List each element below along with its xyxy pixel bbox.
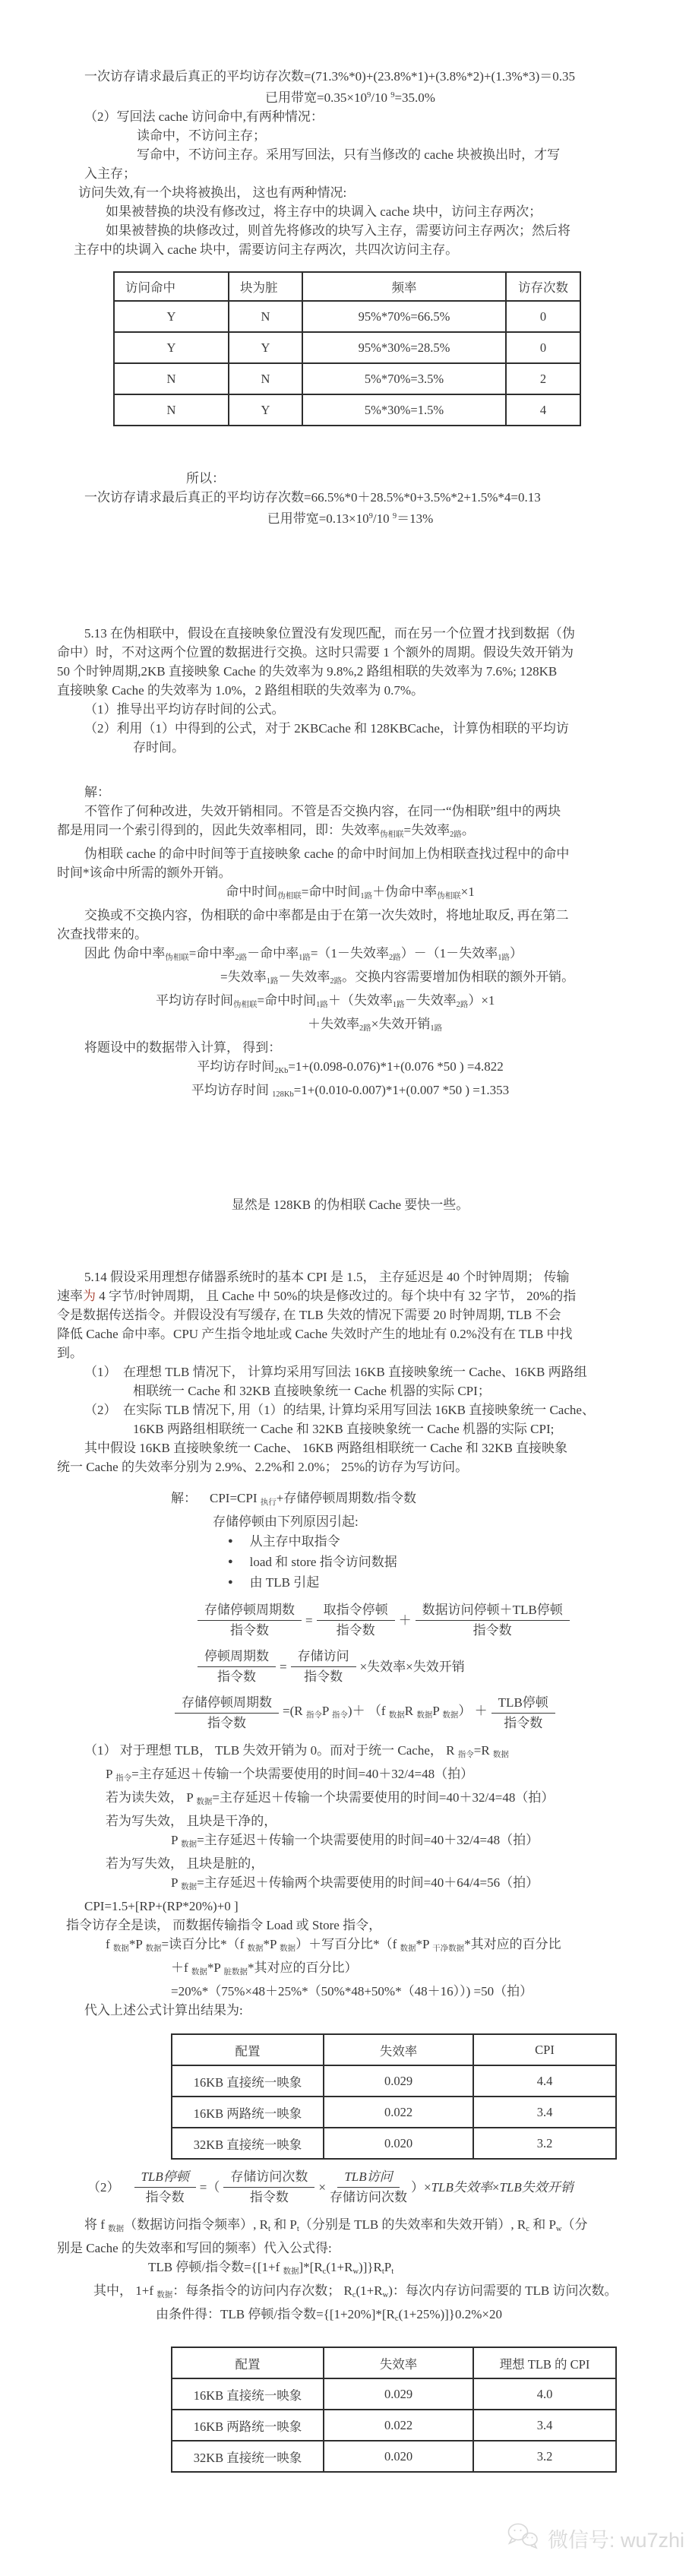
table-cell: 16KB 两路统一映象	[172, 2097, 324, 2128]
tlb-config-cpi-table: 配置 失效率 理想 TLB 的 CPI 16KB 直接统一映象 0.029 4.…	[171, 2347, 617, 2473]
cache-config-cpi-table: 配置 失效率 CPI 16KB 直接统一映象 0.029 4.4 16KB 两路…	[171, 2033, 617, 2160]
hit-dirty-frequency-table: 访问命中 块为脏 频率 访存次数 Y N 95%*70%=66.5% 0 Y Y…	[113, 271, 581, 426]
numerator: TLB访问	[337, 2169, 399, 2188]
numerator: 取指令停顿	[317, 1602, 395, 1621]
fraction: 存储停顿周期数 指令数	[175, 1695, 279, 1732]
numerator: 存储停顿周期数	[198, 1602, 302, 1621]
denominator: 指令数	[146, 2188, 185, 2206]
text-line: 写命中，不访问主存。采用写回法，只有当修改的 cache 块被换出时，才写	[57, 145, 643, 164]
formula-line: 由条件得：TLB 停顿/指令数={[1+20%]*[Rc(1+25%)]}0.2…	[57, 2305, 643, 2328]
table-cell: 95%*70%=66.5%	[302, 301, 506, 332]
solution-label: 解：	[57, 783, 643, 802]
denominator: 存储访问次数	[330, 2188, 407, 2206]
table-cell: 32KB 直接统一映象	[172, 2128, 324, 2159]
column-header: 配置	[172, 2347, 324, 2378]
table-cell: 0.029	[324, 2065, 473, 2097]
formula-tlb-stall: （2） TLB停顿 指令数 =（ 存储访问次数 指令数 × TLB访问 存储访问…	[57, 2169, 643, 2206]
denominator: 指令数	[250, 2188, 289, 2206]
formula-line: P 数据=主存延迟＋传输两个块需要使用的时间=40＋64/4=56（拍）	[57, 1873, 643, 1897]
problem-514-line: 令是数据传送指令。并假设没有写缓存, 在 TLB 失效的情况下需要 20 时钟周…	[57, 1305, 643, 1324]
table-cell: 0	[506, 332, 580, 363]
operator: ＋	[399, 1612, 412, 1629]
text-line: 次查找带来的。	[57, 925, 643, 944]
table-row: N N 5%*70%=3.5% 2	[114, 363, 580, 394]
table-header-row: 配置 失效率 CPI	[172, 2034, 616, 2065]
fraction: 存储访问次数 指令数	[223, 2169, 314, 2206]
denominator: 指令数	[304, 1667, 343, 1685]
formula-line: CPI=1.5+[RP+(RP*20%)+0 ]	[57, 1897, 643, 1916]
formula-line: 其中， 1+f 数据：每条指令的访问内存次数； Rc(1+Rw)：每次内存访问需…	[57, 2281, 643, 2305]
table-cell: 0	[506, 301, 580, 332]
fraction: 停顿周期数 指令数	[198, 1648, 276, 1685]
numerator: 停顿周期数	[198, 1648, 276, 1667]
text-line: 所以：	[57, 469, 643, 488]
question-line: 存时间。	[57, 738, 643, 757]
table-cell: 0.020	[324, 2441, 473, 2472]
formula-line: ＋失效率2路×失效开销1路	[57, 1014, 643, 1038]
table-cell: 3.2	[473, 2128, 616, 2159]
text-line: 读命中，不访问主存；	[57, 126, 643, 145]
denominator: 指令数	[504, 1714, 542, 1732]
formula-term: TLB失效开销	[499, 2179, 573, 2196]
wechat-icon	[505, 2521, 540, 2555]
table-cell: 0.020	[324, 2128, 473, 2159]
page-content: 一次访存请求最后真正的平均访存次数=(71.3%*0)+(23.8%*1)+(3…	[0, 0, 689, 2473]
text-line: 伪相联 cache 的命中时间等于直接映象 cache 的命中时间加上伪相联查找…	[57, 844, 643, 863]
bullet-text: load 和 store 指令访问数据	[250, 1552, 397, 1572]
table-cell: Y	[114, 332, 229, 363]
question-line: （1） 在理想 TLB 情况下， 计算均采用写回法 16KB 直接映象统一 Ca…	[57, 1362, 643, 1381]
numerator: 存储访问	[291, 1648, 356, 1667]
table-cell: 5%*30%=1.5%	[302, 394, 506, 426]
problem-514-line: 速率为 4 字节/时钟周期， 且 Cache 中 50%的块是修改过的。每个块中…	[57, 1286, 643, 1305]
formula-line: 已用带宽=0.35×109/10 9=35.0%	[57, 86, 643, 107]
column-header: 频率	[302, 272, 506, 301]
table-row: 32KB 直接统一映象 0.020 3.2	[172, 2128, 616, 2159]
numerator: 数据访问停顿＋TLB停顿	[416, 1602, 570, 1621]
column-header: 块为脏	[229, 272, 302, 301]
table-cell: N	[229, 301, 302, 332]
table-header-row: 访问命中 块为脏 频率 访存次数	[114, 272, 580, 301]
table-row: 16KB 直接统一映象 0.029 4.0	[172, 2378, 616, 2410]
text-line: 不管作了何种改进，失效开销相同。不管是否交换内容，在同一“伪相联”组中的两块	[57, 802, 643, 821]
question-line: （2）利用（1）中得到的公式，对于 2KBCache 和 128KBCache，…	[57, 719, 643, 738]
column-header: CPI	[473, 2034, 616, 2065]
table-cell: 32KB 直接统一映象	[172, 2441, 324, 2472]
formula-memory-stall-expanded: 存储停顿周期数 指令数 =(R 指令P 指令)＋ （f 数据R 数据P 数据） …	[57, 1695, 643, 1732]
formula-middle: =(R 指令P 指令)＋ （f 数据R 数据P 数据） ＋	[283, 1703, 488, 1724]
text-line: 主存中的块调入 cache 块中，需要访问主存两次，共四次访问主存。	[57, 240, 643, 259]
problem-513-line: 50 个时钟周期,2KB 直接映象 Cache 的失效率为 9.8%,2 路组相…	[57, 662, 643, 681]
fraction: TLB访问 存储访问次数	[330, 2169, 407, 2206]
text-line: （2）写回法 cache 访问命中,有两种情况：	[57, 107, 643, 126]
bullet-text: 从主存中取指令	[250, 1531, 340, 1552]
text-line: 如果被替换的块没有修改过，将主存中的块调入 cache 块中，访问主存两次；	[57, 202, 643, 221]
problem-514-line: 降低 Cache 命中率。CPU 产生指令地址或 Cache 失效时产生的地址有…	[57, 1324, 643, 1343]
table-row: N Y 5%*30%=1.5% 4	[114, 394, 580, 426]
formula-line: TLB 停顿/指令数={[1+f 数据]*[Rc(1+Rw)]}RtPt	[57, 2258, 643, 2281]
table-row: 16KB 直接统一映象 0.029 4.4	[172, 2065, 616, 2097]
table-cell: 16KB 直接统一映象	[172, 2065, 324, 2097]
text-line: 交换或不交换内容，伪相联的命中率都是由于在第一次失效时，将地址取反, 再在第二	[57, 906, 643, 925]
text-line: 入主存；	[57, 164, 643, 183]
formula-stall-cycles: 停顿周期数 指令数 = 存储访问 指令数 ×失效率×失效开销	[57, 1648, 643, 1685]
text-line: 若为写失效， 且块是干净的，	[57, 1812, 643, 1831]
column-header: 访存次数	[506, 272, 580, 301]
question-line: （2） 在实际 TLB 情况下, 用（1）的结果, 计算均采用写回法 16KB …	[57, 1400, 643, 1419]
question-line: 16KB 两路组相联统一 Cache 和 32KB 直接映象统一 Cache 机…	[57, 1419, 643, 1438]
formula-line: （1） 对于理想 TLB， TLB 失效开销为 0。而对于统一 Cache， R…	[57, 1741, 643, 1764]
table-row: 16KB 两路统一映象 0.022 3.4	[172, 2097, 616, 2128]
table-cell: 95%*30%=28.5%	[302, 332, 506, 363]
table-cell: 4.4	[473, 2065, 616, 2097]
table-cell: Y	[229, 394, 302, 426]
formula-memory-stall-cycles: 存储停顿周期数 指令数 = 取指令停顿 指令数 ＋ 数据访问停顿＋TLB停顿 指…	[57, 1602, 643, 1639]
text-line: 将题设中的数据带入计算， 得到：	[57, 1038, 643, 1057]
table-cell: 3.4	[473, 2410, 616, 2441]
table-cell: 0.022	[324, 2097, 473, 2128]
table-row: Y N 95%*70%=66.5% 0	[114, 301, 580, 332]
numerator: 存储停顿周期数	[175, 1695, 279, 1714]
formula-tail: ×失效率×失效开销	[360, 1659, 465, 1676]
formula-line: 命中时间伪相联=命中时间1路＋伪命中率伪相联×1	[57, 882, 643, 906]
table-cell: 3.4	[473, 2097, 616, 2128]
bullet-icon: ●	[228, 1552, 233, 1572]
formula-line: P 指令=主存延迟＋传输一个块需要使用的时间=40＋32/4=48（拍）	[57, 1764, 643, 1788]
problem-514-line: 5.14 假设采用理想存储器系统时的基本 CPI 是 1.5， 主存延迟是 40…	[57, 1267, 643, 1286]
operator: ×	[318, 2179, 326, 2196]
column-header: 访问命中	[114, 272, 229, 301]
text-line: 时间*该命中所需的额外开销。	[57, 863, 643, 882]
table-row: Y Y 95%*30%=28.5% 0	[114, 332, 580, 363]
numerator: TLB停顿	[491, 1695, 555, 1714]
watermark-text: 微信号: wu7zhi	[548, 2524, 684, 2553]
table-cell: 0.029	[324, 2378, 473, 2410]
problem-513-line: 5.13 在伪相联中，假设在直接映象位置没有发现匹配，而在另一个位置才找到数据（…	[57, 624, 643, 643]
numerator: TLB停顿	[134, 2169, 196, 2188]
fraction: 存储访问 指令数	[291, 1648, 356, 1685]
question-line: （1）推导出平均访存时间的公式。	[57, 700, 643, 719]
formula-line: =20%*（75%×48＋25%*（50%*48+50%*（48＋16））) =…	[57, 1982, 643, 2001]
bullet-item: ● 由 TLB 引起	[57, 1572, 643, 1593]
formula-line: P 数据=主存延迟＋传输一个块需要使用的时间=40＋32/4=48（拍）	[57, 1831, 643, 1854]
formula-line: 平均访存时间 128Kb=1+(0.010-0.007)*1+(0.007 *5…	[57, 1081, 643, 1104]
table-cell: Y	[114, 301, 229, 332]
operator: =	[280, 1659, 287, 1676]
formula-line: 因此 伪命中率伪相联=命中率2路－命中率1路=（1－失效率2路）－（1－失效率1…	[57, 944, 643, 967]
numerator: 存储访问次数	[223, 2169, 314, 2188]
bullet-icon: ●	[228, 1572, 233, 1593]
formula-line: f 数据*P 数据=读百分比*（f 数据*P 数据）＋写百分比*（f 数据*P …	[57, 1935, 643, 1958]
document-page: 一次访存请求最后真正的平均访存次数=(71.3%*0)+(23.8%*1)+(3…	[0, 0, 689, 2576]
fraction: 存储停顿周期数 指令数	[198, 1602, 302, 1639]
table-row: 16KB 两路统一映象 0.022 3.4	[172, 2410, 616, 2441]
fraction: TLB停顿 指令数	[134, 2169, 196, 2206]
table-cell: 2	[506, 363, 580, 394]
column-header: 配置	[172, 2034, 324, 2065]
table-row: 32KB 直接统一映象 0.020 3.2	[172, 2441, 616, 2472]
table-cell: 4	[506, 394, 580, 426]
table-header-row: 配置 失效率 理想 TLB 的 CPI	[172, 2347, 616, 2378]
conclusion-line: 显然是 128KB 的伪相联 Cache 要快一些。	[57, 1195, 643, 1214]
text-line: 存储停顿由下列原因引起:	[57, 1512, 643, 1531]
problem-513-line: 命中）时，不对这两个位置的数据进行交换。这时只需要 1 个额外的周期。假设失效开…	[57, 643, 643, 662]
text-line: 一次访存请求最后真正的平均访存次数=(71.3%*0)+(23.8%*1)+(3…	[57, 67, 643, 86]
column-header: 失效率	[324, 2034, 473, 2065]
problem-513-line: 直接映象 Cache 的失效率为 1.0%，2 路组相联的失效率为 0.7%。	[57, 681, 643, 700]
text-line: 别是 Cache 的失效率和写回的频率）代入公式得:	[57, 2239, 643, 2258]
table-cell: 0.022	[324, 2410, 473, 2441]
column-header: 理想 TLB 的 CPI	[473, 2347, 616, 2378]
formula-line: 一次访存请求最后真正的平均访存次数=66.5%*0＋28.5%*0+3.5%*2…	[57, 488, 643, 507]
operator: ）×	[411, 2179, 431, 2196]
formula-line: 平均访存时间2Kb=1+(0.098-0.076)*1+(0.076 *50 )…	[57, 1057, 643, 1081]
denominator: 指令数	[230, 1621, 269, 1639]
fraction: 取指令停顿 指令数	[317, 1602, 395, 1639]
problem-514-line: 到。	[57, 1343, 643, 1362]
denominator: 指令数	[207, 1714, 246, 1732]
table-cell: 16KB 两路统一映象	[172, 2410, 324, 2441]
bullet-item: ● 从主存中取指令	[57, 1531, 643, 1552]
formula-term: TLB失效率	[431, 2179, 492, 2196]
denominator: 指令数	[473, 1621, 512, 1639]
denominator: 指令数	[337, 1621, 375, 1639]
table-cell: 3.2	[473, 2441, 616, 2472]
assumption-line: 其中假设 16KB 直接映象统一 Cache、 16KB 两路组相联统一 Cac…	[57, 1438, 643, 1457]
column-header: 失效率	[324, 2347, 473, 2378]
formula-line: 都是用同一个索引得到的，因此失效率相同，即：失效率伪相联=失效率2路。	[57, 821, 643, 844]
formula-line: 已用带宽=0.13×109/10 9＝13%	[57, 507, 643, 528]
watermark: 微信号: wu7zhi	[505, 2521, 684, 2555]
table-cell: N	[114, 394, 229, 426]
fraction: TLB停顿 指令数	[491, 1695, 555, 1732]
table-cell: 5%*70%=3.5%	[302, 363, 506, 394]
bullet-text: 由 TLB 引起	[250, 1572, 320, 1593]
fraction: 数据访问停顿＋TLB停顿 指令数	[416, 1602, 570, 1639]
text-line: 访问失效,有一个块将被换出， 这也有两种情况:	[57, 183, 643, 202]
operator: =（	[200, 2179, 220, 2196]
text-line: 代入上述公式计算出结果为:	[57, 2001, 643, 2020]
text-line: 将 f 数据（数据访问指令频率）, Rt 和 Pt（分别是 TLB 的失效率和失…	[57, 2215, 643, 2239]
table-cell: N	[229, 363, 302, 394]
operator: =	[305, 1612, 313, 1629]
table-cell: 16KB 直接统一映象	[172, 2378, 324, 2410]
formula-line: 若为读失效， P 数据=主存延迟＋传输一个块需要使用的时间=40＋32/4=48…	[57, 1788, 643, 1812]
bullet-icon: ●	[228, 1531, 233, 1552]
question-line: 相联统一 Cache 和 32KB 直接映象统一 Cache 机器的实际 CPI…	[57, 1381, 643, 1400]
table-cell: 4.0	[473, 2378, 616, 2410]
table-cell: Y	[229, 332, 302, 363]
text-line: 若为写失效， 且块是脏的，	[57, 1854, 643, 1873]
operator: ×	[492, 2179, 500, 2196]
item-label: （2）	[87, 2179, 120, 2196]
formula-line: ＋f 数据*P 脏数据*其对应的百分比）	[57, 1958, 643, 1982]
text-line: 如果被替换的块修改过，则首先将修改的块写入主存，需要访问主存两次；然后将	[57, 221, 643, 240]
assumption-line: 统一 Cache 的失效率分别为 2.9%、2.2%和 2.0%； 25%的访存…	[57, 1457, 643, 1476]
formula-line: 平均访存时间伪相联=命中时间1路＋（失效率1路－失效率2路）×1	[57, 991, 643, 1014]
text-line: 指令访存全是读， 而数据传输指令 Load 或 Store 指令，	[57, 1916, 643, 1935]
solution-label: 解： CPI=CPI 执行+存储停顿周期数/指令数	[57, 1489, 643, 1512]
table-cell: N	[114, 363, 229, 394]
bullet-item: ● load 和 store 指令访问数据	[57, 1552, 643, 1572]
denominator: 指令数	[217, 1667, 256, 1685]
formula-line: =失效率1路－失效率2路。交换内容需要增加伪相联的额外开销。	[57, 967, 643, 991]
